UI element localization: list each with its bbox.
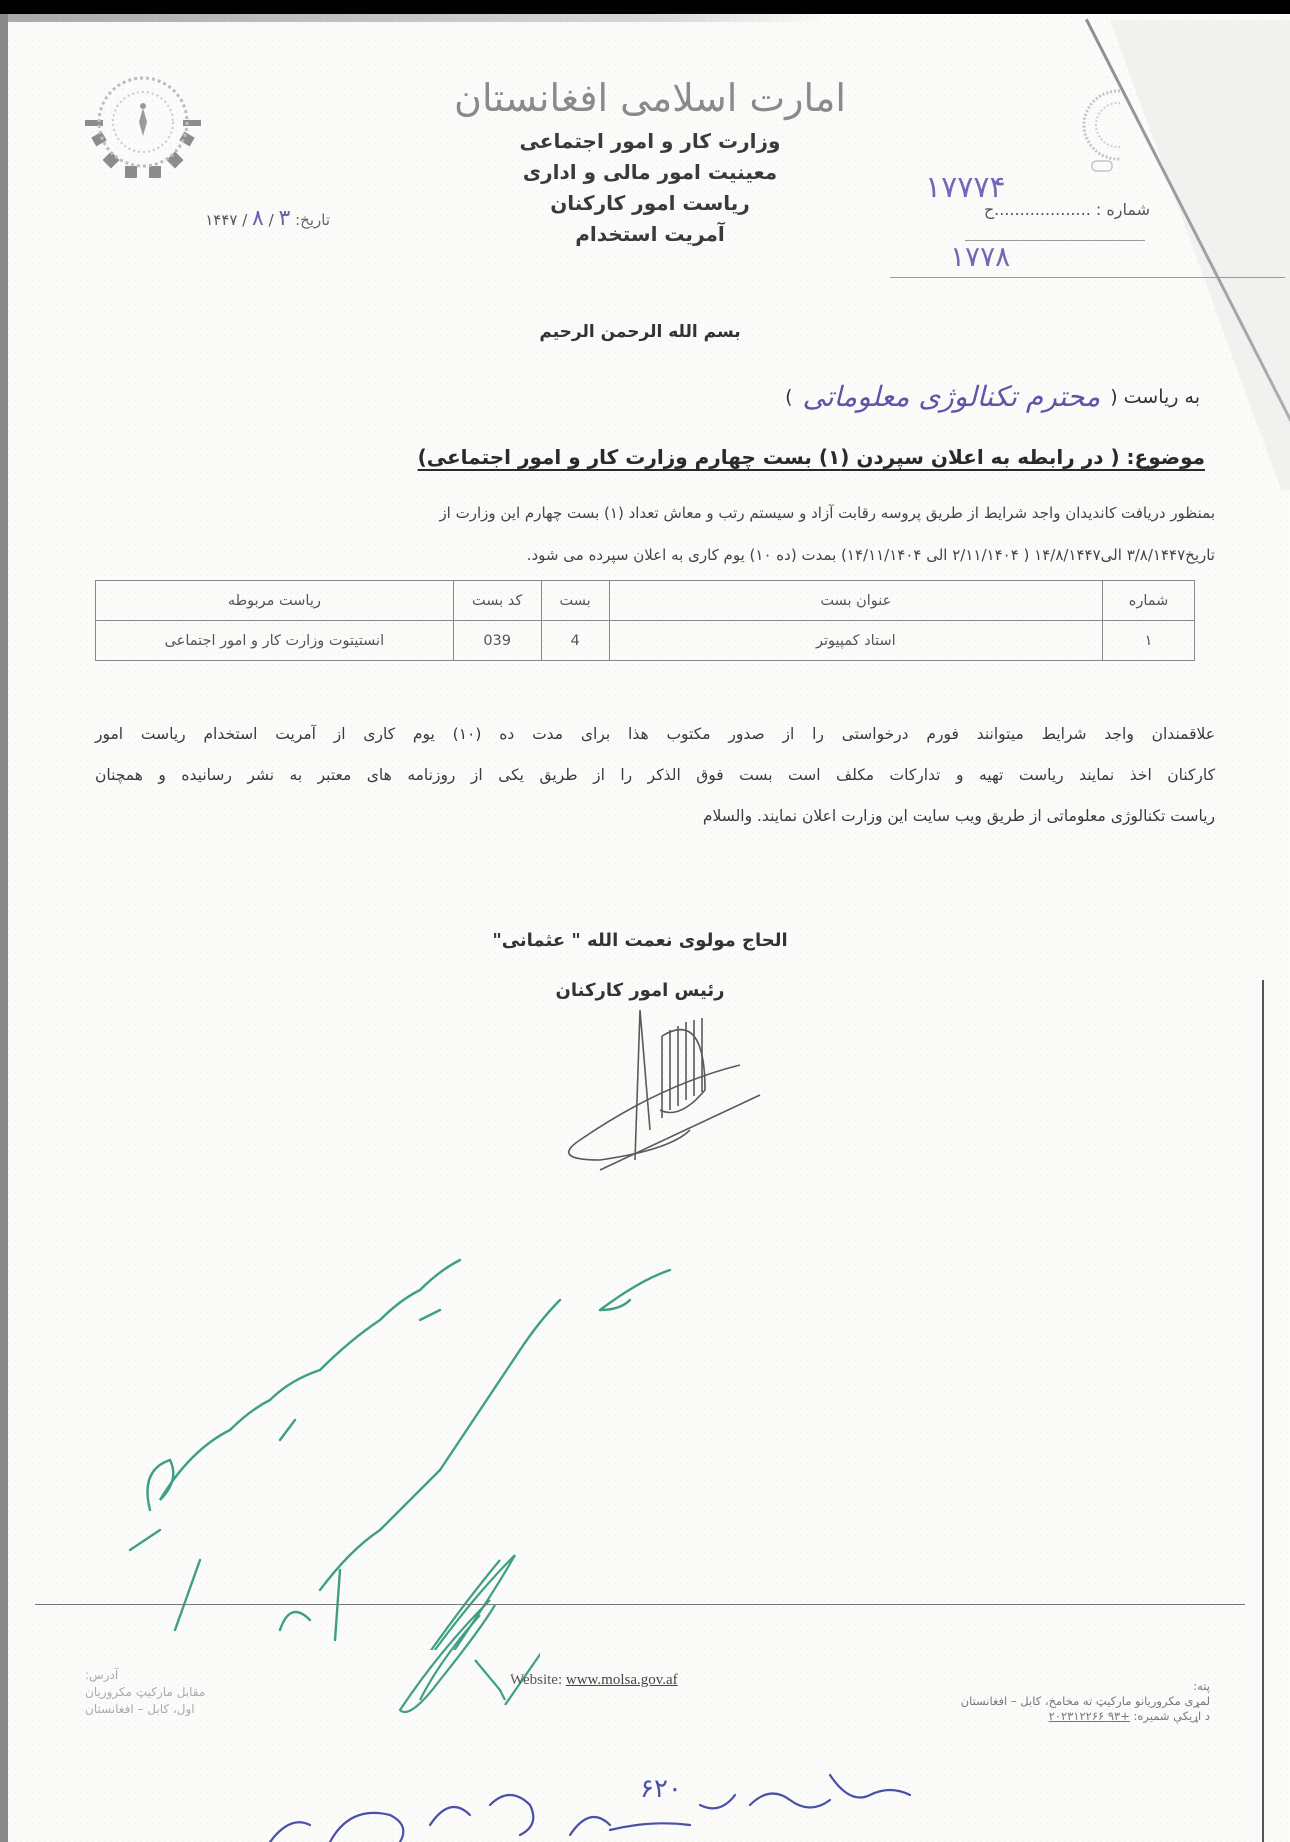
footer-address-dari: آدرس: مقابل مارکیټ مکروریان اول، کابل – … xyxy=(85,1667,355,1718)
footer-right-label: پته: xyxy=(920,1679,1210,1694)
footer-rule xyxy=(35,1604,1245,1605)
website-link[interactable]: www.molsa.gov.af xyxy=(566,1672,678,1688)
handwritten-reference-number: ۱۷۷۷۴ xyxy=(925,170,1006,205)
signer-name: الحاج مولوی نعمت الله " عثمانی" xyxy=(440,930,840,951)
date-year: ۱۴۴۷ xyxy=(205,211,237,229)
signer-title: رئیس امور کارکنان xyxy=(470,980,810,1001)
signature-icon xyxy=(540,1010,780,1180)
cell-number: ۱ xyxy=(1103,621,1195,661)
addressee-handwritten: محترم تکنالوژی معلوماتی xyxy=(803,380,1101,413)
header-grade: بست xyxy=(541,581,609,621)
footer-right-line1: لمړی مکروریانو مارکیټ ته مخامخ، کابل – ا… xyxy=(920,1694,1210,1709)
header-post-code: کد بست xyxy=(453,581,541,621)
letterhead: امارت اسلامی افغانستان وزارت کار و امور … xyxy=(440,70,860,250)
header-rule-long xyxy=(890,277,1285,278)
svg-text:۶۲۰: ۶۲۰ xyxy=(640,1774,682,1804)
blue-handwritten-registration-icon: ۶۲۰ xyxy=(230,1765,950,1842)
footer-address-line1: مقابل مارکیټ مکروریان xyxy=(85,1684,355,1701)
handwritten-reference-number-2: ۱۷۷۸ xyxy=(950,240,1010,273)
paragraph2-line2: کارکنان اخذ نمایند ریاست تهیه و تدارکات … xyxy=(95,755,1215,796)
number-label: شماره : xyxy=(1096,200,1150,219)
footer-address-line2: اول، کابل – افغانستان xyxy=(85,1701,355,1718)
table-row: ۱ استاد کمپیوتر 4 039 انستیتوت وزارت کار… xyxy=(96,621,1195,661)
header-post-title: عنوان بست xyxy=(609,581,1102,621)
website-label: Website: xyxy=(510,1672,562,1688)
footer-address-pashto: پته: لمړی مکروریانو مارکیټ ته مخامخ، کاب… xyxy=(920,1679,1210,1724)
paragraph1-line2: تاریخ۳/۸/۱۴۴۷ الی۱۴/۸/۱۴۴۷ ( ۲/۱۱/۱۴۰۴ ا… xyxy=(95,534,1215,576)
table-header-row: شماره عنوان بست بست کد بست ریاست مربوطه xyxy=(96,581,1195,621)
cell-grade: 4 xyxy=(541,621,609,661)
cell-post-code: 039 xyxy=(453,621,541,661)
cell-post-title: استاد کمپیوتر xyxy=(609,621,1102,661)
cell-department: انستیتوت وزارت کار و امور اجتماعی xyxy=(96,621,454,661)
header-department: ریاست مربوطه xyxy=(96,581,454,621)
page-left-edge xyxy=(0,14,8,1842)
letterhead-calligraphy-title: امارت اسلامی افغانستان xyxy=(440,70,860,126)
green-initials-icon xyxy=(380,1590,540,1720)
number-field: شماره : ...................ح xyxy=(880,200,1150,219)
directorate-name: ریاست امور کارکنان xyxy=(440,188,860,219)
paragraph-instructions: علاقمندان واجد شرایط میتوانند فورم درخوا… xyxy=(95,714,1215,837)
footer-phone: +۹۳ ۲۰۲۳۱۲۲۶۶ xyxy=(1049,1709,1130,1723)
department-name: آمریت استخدام xyxy=(440,219,860,250)
posts-table: شماره عنوان بست بست کد بست ریاست مربوطه … xyxy=(95,580,1195,661)
national-emblem-icon xyxy=(1078,85,1120,175)
footer-website: Website: www.molsa.gov.af xyxy=(510,1672,678,1689)
deputy-ministry-name: معینیت امور مالی و اداری xyxy=(440,157,860,188)
page-top-shadow xyxy=(8,14,828,22)
footer-phone-row: د اړیکې شمیره: +۹۳ ۲۰۲۳۱۲۲۶۶ xyxy=(920,1709,1210,1724)
ministry-name: وزارت کار و امور اجتماعی xyxy=(440,126,860,157)
date-field: تاریخ: ۳ / ۸ / ۱۴۴۷ xyxy=(110,206,330,231)
addressee: به ریاست ( محترم تکنالوژی معلوماتی ) xyxy=(720,380,1200,413)
paragraph1-line1: بمنظور دریافت کاندیدان واجد شرایط از طری… xyxy=(95,492,1215,534)
header-rule xyxy=(965,240,1145,241)
green-handwritten-annotation-icon xyxy=(120,1230,680,1650)
paragraph2-line1: علاقمندان واجد شرایط میتوانند فورم درخوا… xyxy=(95,714,1215,755)
right-border-line xyxy=(1262,980,1264,1842)
header-number: شماره xyxy=(1103,581,1195,621)
ministry-gear-emblem-icon xyxy=(85,72,201,182)
footer-address-label: آدرس: xyxy=(85,1667,355,1684)
paragraph-announcement: بمنظور دریافت کاندیدان واجد شرایط از طری… xyxy=(95,492,1215,576)
date-month-handwritten: ۸ xyxy=(252,206,264,231)
addressee-prefix: به ریاست ( xyxy=(1110,386,1200,408)
date-label: تاریخ: xyxy=(295,211,330,229)
paragraph2-line3: ریاست تکنالوژی معلوماتی از طریق ویب سایت… xyxy=(95,796,1215,837)
bismillah: بسم الله الرحمن الرحیم xyxy=(520,322,760,342)
footer-phone-label: د اړیکې شمیره: xyxy=(1134,1709,1211,1723)
date-day-handwritten: ۳ xyxy=(278,206,290,231)
addressee-suffix: ) xyxy=(785,386,792,408)
subject-line: موضوع: ( در رابطه به اعلان سپردن (۱) بست… xyxy=(375,445,1205,469)
